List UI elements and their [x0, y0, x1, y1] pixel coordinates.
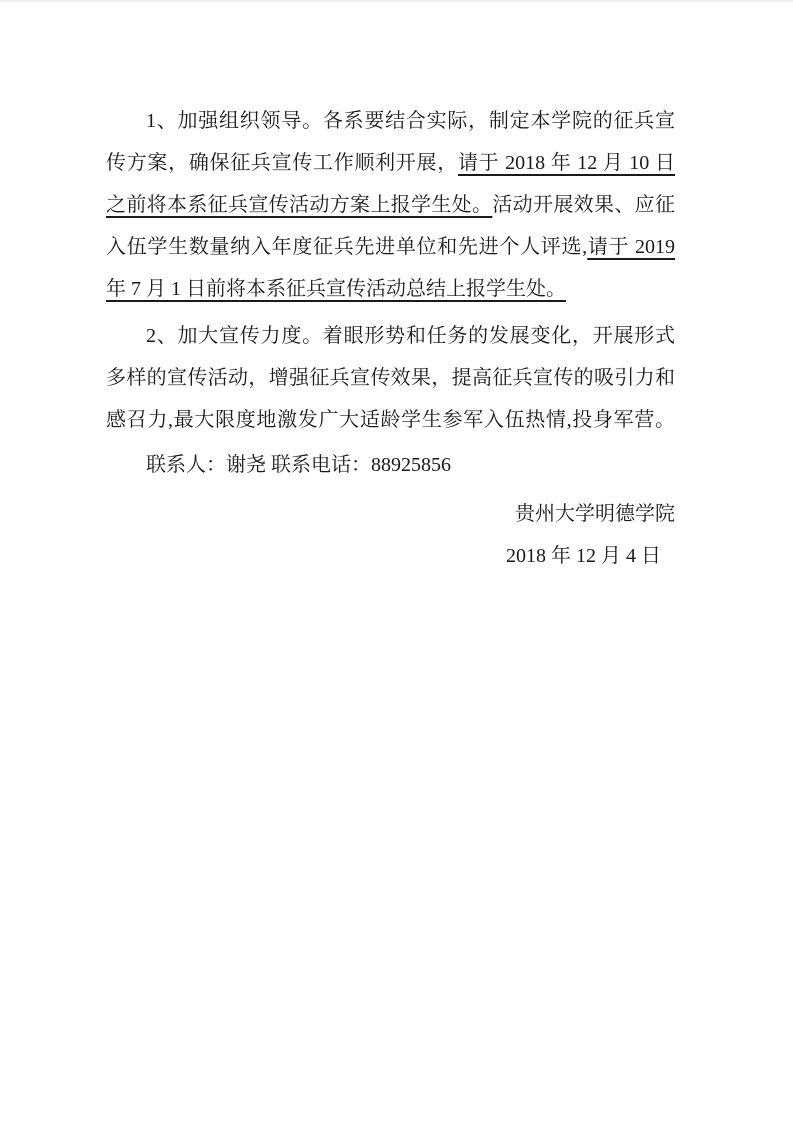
signature-org: 贵州大学明德学院	[106, 493, 675, 535]
paragraphs-container: 1、加强组织领导。各系要结合实际，制定本学院的征兵宣传方案，确保征兵宣传工作顺利…	[106, 100, 675, 486]
underlined-text: 请于 2019	[587, 236, 675, 258]
underlined-text: 之前将本系征兵宣传活动方案上报学生处。	[106, 194, 492, 216]
text-segment: 活动开展效果、应征	[492, 194, 675, 216]
page-top-edge	[0, 0, 793, 2]
text-line: 2、加大宣传力度。着眼形势和任务的发展变化，开展形式	[106, 315, 675, 357]
text-line: 感召力,最大限度地激发广大适龄学生参军入伍热情,投身军营。	[106, 399, 675, 441]
document-content: 1、加强组织领导。各系要结合实际，制定本学院的征兵宣传方案，确保征兵宣传工作顺利…	[106, 100, 675, 577]
text-line: 之前将本系征兵宣传活动方案上报学生处。活动开展效果、应征	[106, 184, 675, 226]
contact: 联系人：谢尧 联系电话：88925856	[106, 444, 675, 486]
text-segment: 多样的宣传活动，增强征兵宣传效果，提高征兵宣传的吸引力和	[106, 367, 675, 389]
paragraph-2: 2、加大宣传力度。着眼形势和任务的发展变化，开展形式多样的宣传活动，增强征兵宣传…	[106, 315, 675, 441]
text-line: 多样的宣传活动，增强征兵宣传效果，提高征兵宣传的吸引力和	[106, 357, 675, 399]
text-segment: 入伍学生数量纳入年度征兵先进单位和先进个人评选,	[106, 236, 587, 258]
text-segment: 2、加大宣传力度。着眼形势和任务的发展变化，开展形式	[146, 325, 675, 347]
signature-block: 贵州大学明德学院 2018 年 12 月 4 日	[106, 493, 675, 577]
text-segment: 传方案，确保征兵宣传工作顺利开展，	[106, 152, 458, 174]
document-page: 1、加强组织领导。各系要结合实际，制定本学院的征兵宣传方案，确保征兵宣传工作顺利…	[0, 0, 793, 1122]
text-segment: 联系人：谢尧 联系电话：88925856	[146, 454, 451, 476]
underlined-text: 年 7 月 1 日前将本系征兵宣传活动总结上报学生处。	[106, 278, 566, 300]
text-line: 年 7 月 1 日前将本系征兵宣传活动总结上报学生处。	[106, 268, 675, 310]
underlined-text: 请于 2018 年 12 月 10 日	[458, 152, 675, 174]
paragraph-1: 1、加强组织领导。各系要结合实际，制定本学院的征兵宣传方案，确保征兵宣传工作顺利…	[106, 100, 675, 310]
text-segment: 感召力,最大限度地激发广大适龄学生参军入伍热情,投身军营。	[106, 409, 675, 431]
text-line: 传方案，确保征兵宣传工作顺利开展，请于 2018 年 12 月 10 日	[106, 142, 675, 184]
signature-date: 2018 年 12 月 4 日	[106, 535, 675, 577]
text-line: 入伍学生数量纳入年度征兵先进单位和先进个人评选,请于 2019	[106, 226, 675, 268]
text-line: 1、加强组织领导。各系要结合实际，制定本学院的征兵宣	[106, 100, 675, 142]
text-segment: 1、加强组织领导。各系要结合实际，制定本学院的征兵宣	[146, 110, 675, 132]
text-line: 联系人：谢尧 联系电话：88925856	[106, 444, 675, 486]
